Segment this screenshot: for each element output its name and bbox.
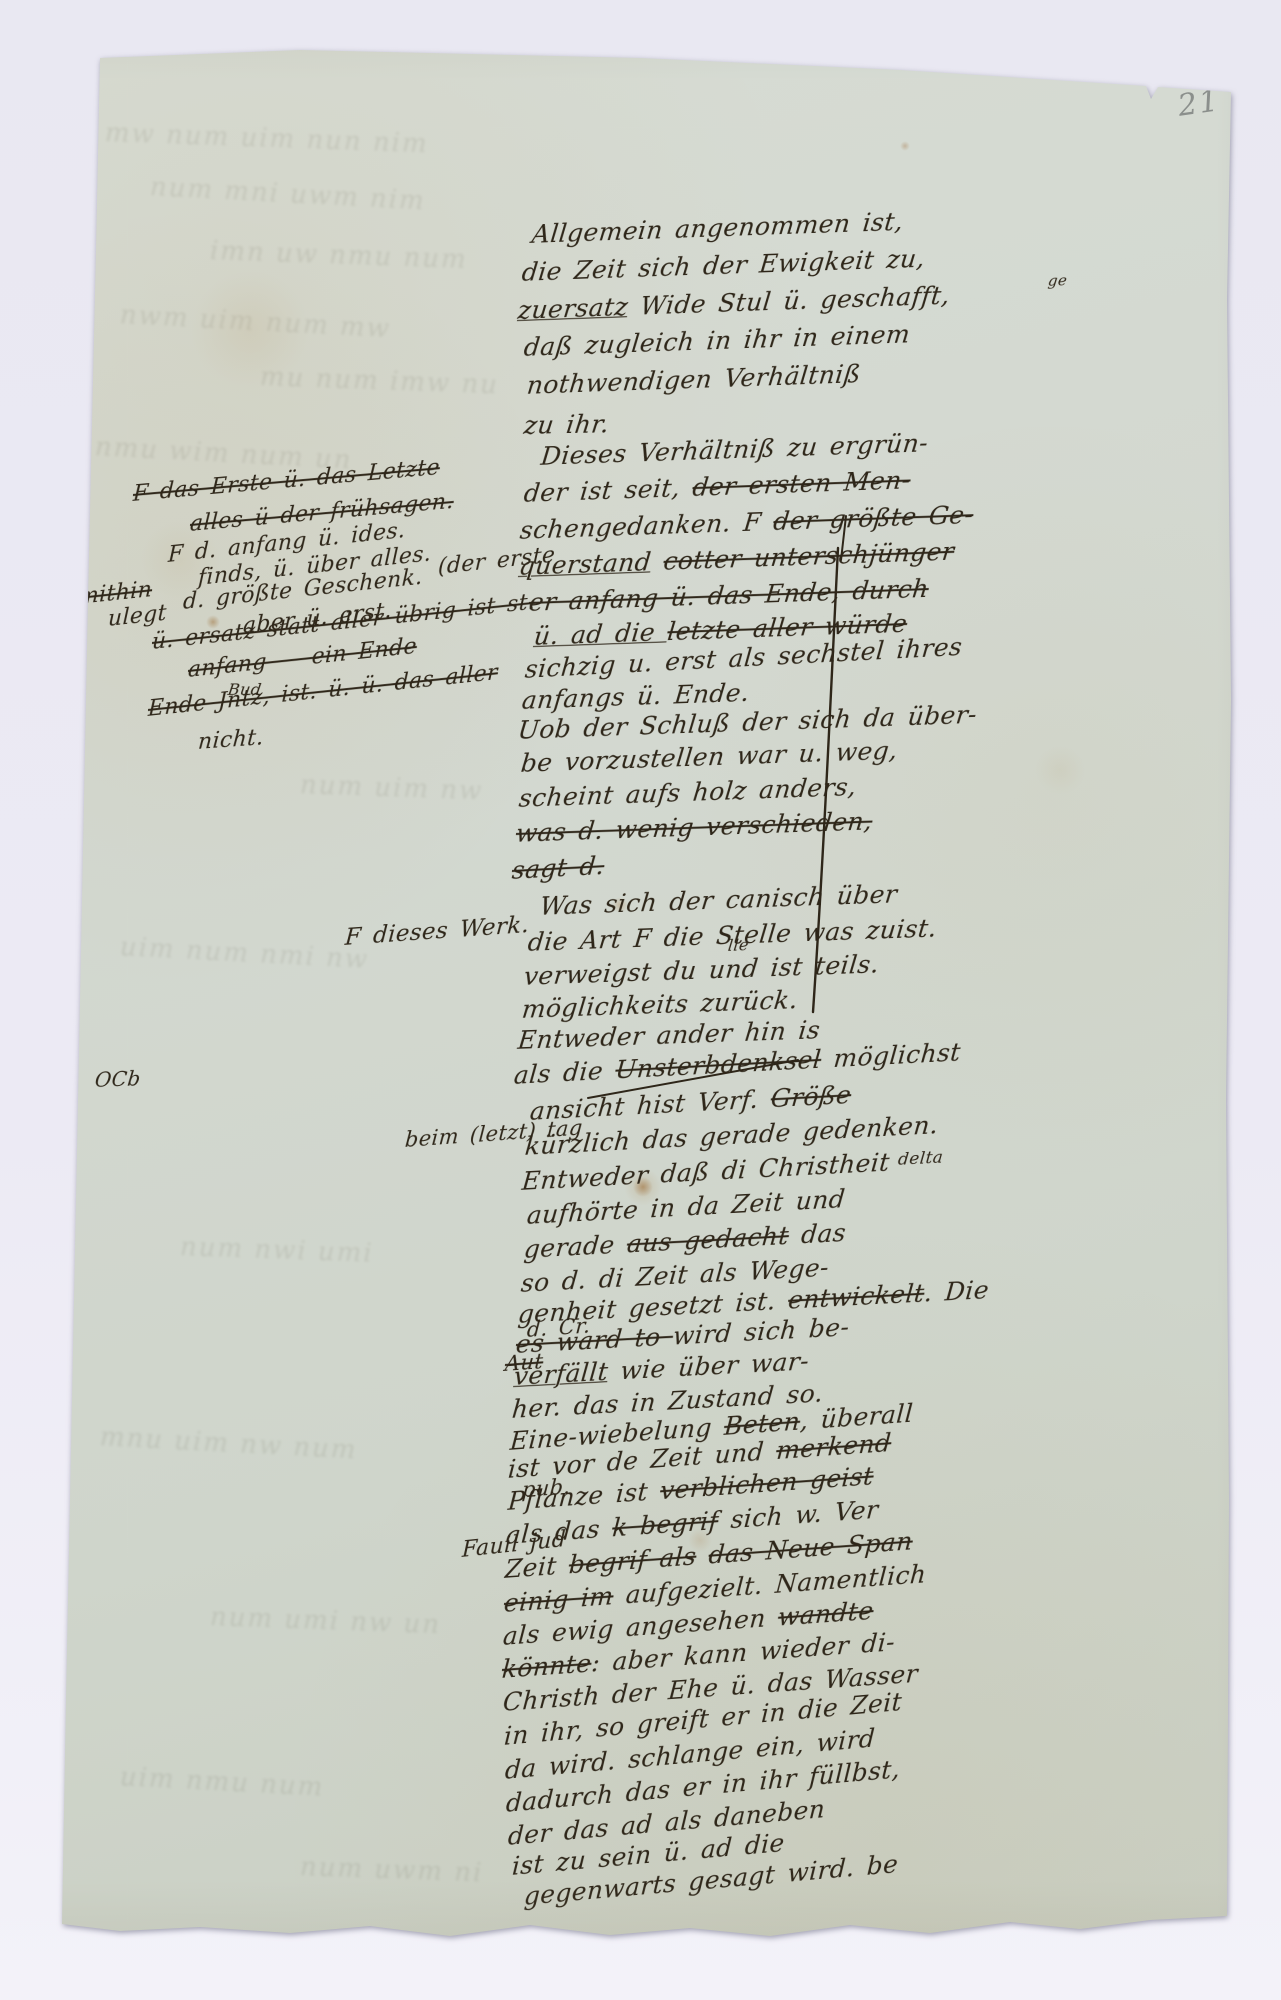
margin-note: pub.	[521, 1475, 571, 1503]
handwriting-line: verweigst du und ist teils.	[522, 950, 880, 992]
handwriting-line: die Zeit sich der Ewigkeit zu,	[520, 244, 926, 287]
struck-text: der größte Ge-	[772, 500, 975, 536]
margin-note: OCb	[94, 1066, 142, 1092]
ghost-showthrough-line: num nwi umi	[179, 1232, 374, 1269]
struck-text: Größe	[770, 1080, 853, 1113]
underlined-text: ü. ad die	[532, 617, 669, 651]
handwritten-text: delta	[897, 1148, 944, 1170]
struck-text: Unsterbdenksel	[614, 1045, 822, 1085]
manuscript-paper: mw num uim nun nimnum mni uwm nimimn uw …	[0, 0, 1281, 2000]
handwritten-text: das	[788, 1218, 848, 1250]
handwriting-line: Allgemein angenommen ist,	[530, 207, 904, 249]
handwritten-text: ulegt	[108, 601, 168, 632]
handwriting-line: zuersatz Wide Stul ü. geschafft,	[516, 281, 951, 325]
handwritten-text: die Zeit sich der Ewigkeit zu,	[520, 244, 926, 287]
struck-text: sagt d.	[511, 851, 606, 885]
handwriting-line: nothwendigen Verhältniß	[525, 359, 862, 400]
underlined-text: zuersatz	[516, 292, 629, 325]
ghost-showthrough-line: mw num uim nun nim	[104, 118, 429, 159]
struck-text: Aut	[504, 1349, 544, 1376]
handwritten-text: zu ihr.	[522, 409, 611, 440]
ghost-showthrough-line: num umi nw un	[209, 1602, 441, 1640]
handwriting-line: scheint aufs holz anders,	[517, 772, 858, 813]
ghost-showthrough-line: uim num nmi nw	[119, 932, 370, 975]
handwritten-text: F dieses Werk.	[344, 912, 530, 951]
ghost-showthrough-line: uim nmu num	[119, 1762, 325, 1803]
handwritten-text: . Die	[923, 1275, 990, 1308]
struck-text: was d. wenig verschieden,	[514, 806, 874, 848]
ghost-showthrough-line: mu num imw nu	[259, 362, 499, 400]
handwritten-text: verweigst du und ist teils.	[522, 950, 880, 992]
handwritten-text: scheint aufs holz anders,	[517, 772, 858, 813]
handwritten-text: Wide Stul ü. geschafft,	[627, 281, 952, 321]
ghost-showthrough-line: imn uw nmu num	[209, 236, 468, 275]
margin-note: delta	[897, 1148, 944, 1170]
foxing-spot	[1035, 745, 1085, 795]
margin-note: ge	[1047, 271, 1068, 290]
handwritten-text: pub.	[521, 1475, 571, 1503]
handwritten-text: der ist seit,	[522, 473, 694, 508]
handwriting-line: was d. wenig verschieden,	[514, 806, 874, 848]
handwriting-line: Was sich der canisch über	[538, 879, 898, 921]
struck-text: wandte	[777, 1596, 874, 1632]
ghost-showthrough-line: mnu uim nw num	[99, 1422, 358, 1465]
margin-note: F dieses Werk.	[344, 912, 530, 951]
handwritten-text: schengedanken. F	[518, 507, 775, 545]
margin-note: ulegt	[108, 601, 168, 632]
struck-text: cotter unterschjünger	[662, 537, 956, 576]
handwriting-line: sagt d.	[511, 851, 606, 885]
margin-note: nicht.	[197, 725, 265, 755]
handwritten-text: lle	[727, 935, 750, 955]
ghost-showthrough-line: num uim nw	[299, 770, 483, 806]
ghost-showthrough-line: nwm uim num mw	[119, 300, 391, 344]
handwritten-text: ge	[1047, 271, 1068, 290]
struck-text: entwickelt	[787, 1279, 926, 1315]
handwriting-line: der ist seit, der ersten Men-	[522, 465, 912, 508]
foxing-spot	[900, 141, 910, 151]
margin-note: lle	[727, 935, 750, 955]
struck-text: begrif als	[568, 1542, 697, 1580]
struck-text: k begrif	[611, 1506, 719, 1543]
ghost-showthrough-line: num mni uwm nim	[149, 172, 426, 216]
handwritten-text: als die	[513, 1056, 617, 1090]
handwritten-text: nothwendigen Verhältniß	[525, 359, 862, 400]
scanned-document: mw num uim nun nimnum mni uwm nimimn uw …	[0, 0, 1281, 2000]
handwritten-text: OCb	[94, 1066, 142, 1092]
margin-note: d. Cr.	[526, 1313, 591, 1342]
struck-text: aus gedacht	[626, 1221, 790, 1259]
paper-shadow-wrap: mw num uim nun nimnum mni uwm nimimn uw …	[0, 0, 1281, 2000]
handwritten-text: sich w. Ver	[717, 1495, 879, 1535]
handwritten-text: gerade	[523, 1230, 629, 1265]
ghost-showthrough-line: num uwm ni	[299, 1852, 483, 1888]
handwritten-text: nicht.	[197, 725, 265, 755]
handwritten-text: Was sich der canisch über	[538, 879, 898, 921]
handwritten-text: möglichst	[820, 1037, 962, 1073]
handwriting-line: daß zugleich in ihr in einem	[522, 319, 911, 362]
struck-text: könnte	[501, 1649, 592, 1684]
handwritten-text: daß zugleich in ihr in einem	[522, 319, 911, 362]
margin-note: Aut	[504, 1349, 544, 1376]
struck-text: der ersten Men-	[691, 465, 912, 502]
handwritten-text: Allgemein angenommen ist,	[530, 207, 904, 249]
struck-text: einig im	[503, 1581, 615, 1618]
handwriting-line: zu ihr.	[522, 409, 611, 440]
handwritten-text: d. Cr.	[526, 1313, 591, 1342]
page-number-pencil: 21	[1176, 83, 1223, 124]
